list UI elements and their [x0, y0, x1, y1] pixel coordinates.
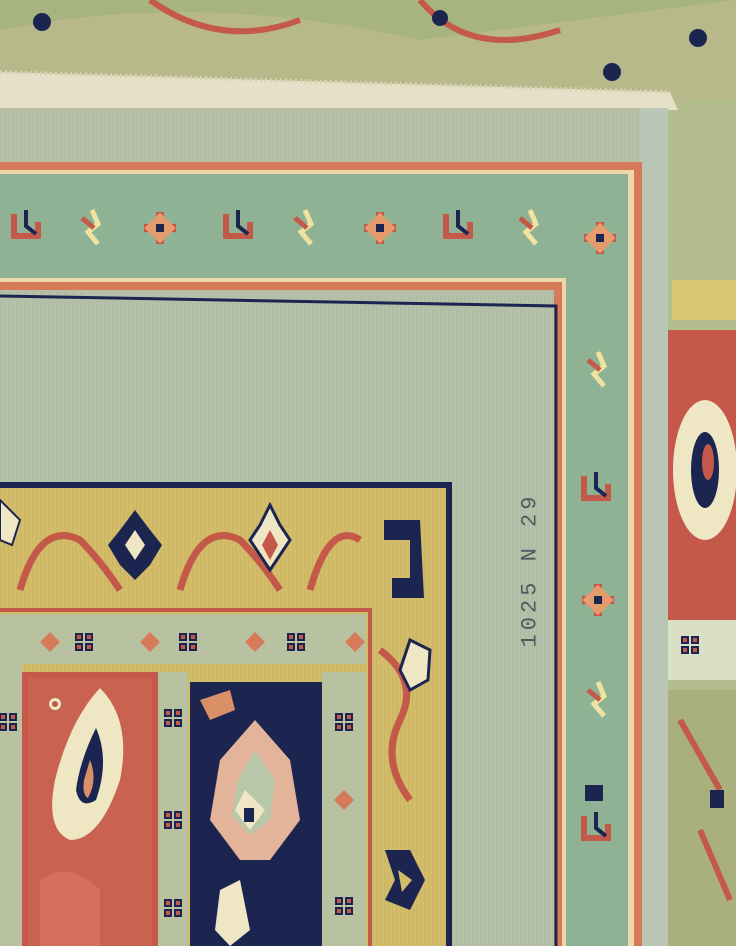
rug-photo: 1025 N 29	[0, 0, 736, 946]
rug-illustration	[0, 0, 736, 946]
label-text: 1025 N 29	[518, 493, 543, 648]
inner-medallion-panels	[0, 614, 366, 946]
handwritten-inventory-label: 1025 N 29	[500, 440, 560, 700]
